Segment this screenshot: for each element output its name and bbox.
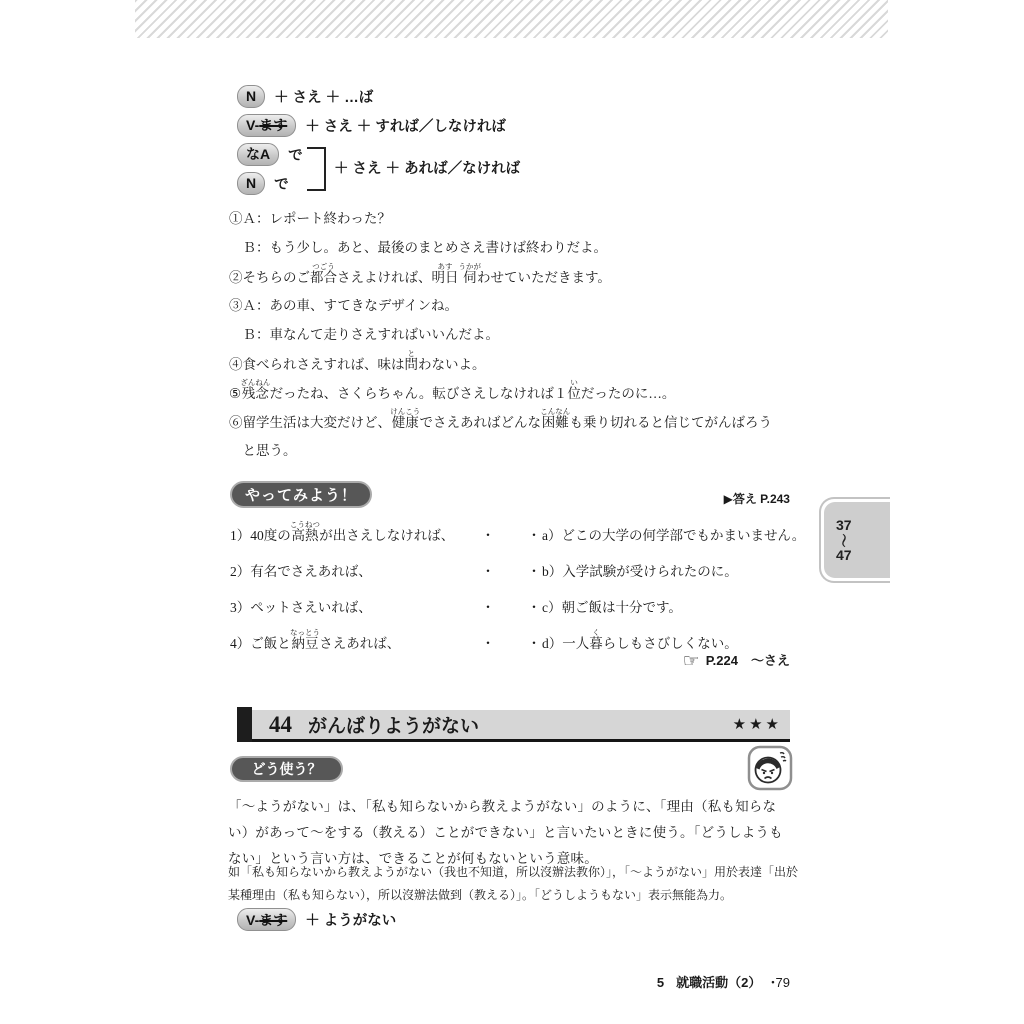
- verb-masu-badge: V-ます: [237, 908, 296, 931]
- section-number: 44: [269, 712, 292, 738]
- grammar-pattern-block: N ＋ さえ ＋ …ば V-ます ＋ さえ ＋ すれば／しなければ なA で N…: [237, 84, 790, 200]
- example-sentence: ③Ａ：あの車、すてきなデザインね。: [229, 291, 807, 320]
- footer-bullet: •: [771, 977, 774, 987]
- section-title: がんばりようがない: [308, 711, 479, 738]
- example-sentence: と思う。: [229, 436, 807, 465]
- example-sentence: Ｂ：もう少し。あと、最後のまとめさえ書けば終わりだよ。: [229, 233, 807, 262]
- pattern-text: ＋ ようがない: [305, 909, 396, 930]
- chapter-title: 就職活動（2）: [676, 975, 761, 990]
- exercise-row: 1）40度の高熱こうねつが出さえしなければ、 ・ ・ a）どこの大学の何学部でも…: [230, 518, 792, 554]
- match-dot-left: ・: [480, 590, 496, 626]
- range-start: 37: [836, 517, 852, 534]
- exercise-right: b）入学試験が受けられたのに。: [542, 554, 792, 590]
- match-dot-right: ・: [526, 518, 542, 554]
- exercise-left: 1）40度の高熱こうねつが出さえしなければ、: [230, 518, 480, 554]
- exercise-left: 3）ペットさえいれば、: [230, 590, 480, 626]
- try-it-badge: やってみよう！: [230, 481, 372, 508]
- page-number: 79: [776, 975, 790, 990]
- na-adjective-badge: なA: [237, 143, 279, 166]
- chapter-number: 5: [657, 975, 664, 990]
- noun-badge: N: [237, 172, 265, 195]
- textbook-page: N ＋ さえ ＋ …ば V-ます ＋ さえ ＋ すれば／しなければ なA で N…: [0, 0, 1024, 1024]
- cross-reference: ☞P.224 〜さえ: [230, 650, 790, 673]
- pattern-text: ＋ さえ ＋ …ば: [274, 86, 373, 107]
- matching-exercise: 1）40度の高熱こうねつが出さえしなければ、 ・ ・ a）どこの大学の何学部でも…: [230, 518, 792, 662]
- example-sentence: ⑥留学生活は大変だけど、健康けんこうでさえあればどんな困難こんなんも乗り切れると…: [229, 407, 807, 436]
- range-tilde: 〜: [837, 533, 850, 547]
- strikethrough-masu: ます: [259, 115, 287, 135]
- how-to-use-badge: どう使う？: [230, 756, 343, 782]
- difficulty-stars: ★★★: [733, 715, 782, 734]
- troubled-face-icon: [747, 744, 793, 796]
- example-sentence: ⑤残念ざんねんだったね、さくらちゃん。転びさえしなければ１位いだったのに…。: [229, 378, 807, 407]
- match-dot-left: ・: [480, 554, 496, 590]
- grouping-bracket: [307, 147, 326, 191]
- exercise-row: 3）ペットさえいれば、 ・ ・ c）朝ご飯は十分です。: [230, 590, 792, 626]
- match-dot-right: ・: [526, 554, 542, 590]
- verb-masu-badge: V-ます: [237, 114, 296, 137]
- example-sentence: ④食べられさえすれば、味は問とわないよ。: [229, 349, 807, 378]
- reference-label: P.224 〜さえ: [706, 653, 790, 668]
- pointing-hand-icon: ☞: [683, 651, 700, 672]
- pattern-row-3: なA で: [237, 142, 303, 166]
- example-sentence: ②そちらのご都合つごうさえよければ、明日あす伺うかがわせていただきます。: [229, 262, 807, 291]
- example-sentence: ①Ａ：レポート終わった？: [229, 204, 807, 233]
- exercise-right: c）朝ご飯は十分です。: [542, 590, 792, 626]
- exercise-left: 2）有名でさえあれば、: [230, 554, 480, 590]
- particle-de: で: [274, 173, 289, 194]
- strikethrough-masu: ます: [259, 910, 287, 930]
- exercise-row: 2）有名でさえあれば、 ・ ・ b）入学試験が受けられたのに。: [230, 554, 792, 590]
- section-left-tab: [237, 707, 252, 742]
- chapter-range-tab: 37 〜 47: [819, 497, 890, 583]
- grammar-pattern-bottom: V-ます ＋ ようがない: [237, 908, 396, 931]
- example-sentences: ①Ａ：レポート終わった？ Ｂ：もう少し。あと、最後のまとめさえ書けば終わりだよ。…: [229, 204, 807, 465]
- section-header: 44 がんばりようがない ★★★: [237, 710, 790, 742]
- bracket-pattern-text: ＋ さえ ＋ あれば／なければ: [334, 147, 520, 187]
- page-footer: 5就職活動（2）•79: [230, 972, 790, 991]
- exercise-right: a）どこの大学の何学部でもかまいません。: [542, 518, 805, 554]
- explanation-chinese: 如「私も知らないから教えようがない（我也不知道，所以沒辦法教你）」，「〜ようがな…: [228, 861, 800, 907]
- pattern-row-1: N ＋ さえ ＋ …ば: [237, 84, 373, 108]
- pattern-text: ＋ さえ ＋ すれば／しなければ: [305, 115, 506, 136]
- match-dot-right: ・: [526, 590, 542, 626]
- pattern-row-4: N で: [237, 171, 289, 195]
- noun-badge: N: [237, 85, 265, 108]
- answer-page-reference: ▶答え P.243: [600, 490, 790, 507]
- match-dot-left: ・: [480, 518, 496, 554]
- hatch-pattern-band: [135, 0, 888, 38]
- particle-de: で: [288, 144, 303, 165]
- pattern-row-2: V-ます ＋ さえ ＋ すれば／しなければ: [237, 113, 506, 137]
- range-end: 47: [836, 547, 852, 564]
- example-sentence: Ｂ：車なんて走りさえすればいいんだよ。: [229, 320, 807, 349]
